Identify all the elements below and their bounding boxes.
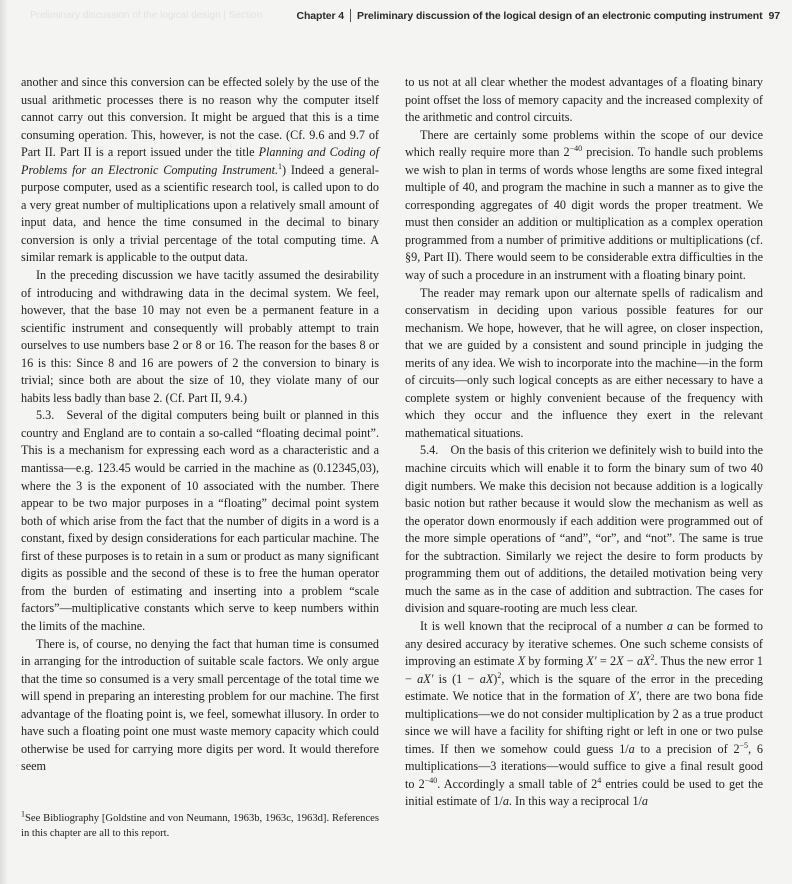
paragraph: There is, of course, no denying the fact…: [21, 636, 379, 776]
paragraph: There are certainly some problems within…: [405, 127, 763, 285]
page-number: 97: [769, 10, 780, 22]
text-run: to a precision of 2: [635, 742, 740, 756]
math-var: a: [642, 794, 648, 808]
text-run: by forming: [525, 654, 586, 668]
section-5-3-paragraph: 5.3. Several of the digital computers be…: [21, 407, 379, 635]
text-run: . Accordingly a small table of 2: [437, 777, 597, 791]
exponent: −5: [740, 741, 749, 750]
text-run: = 2: [597, 654, 617, 668]
text-run: It is well known that the reciprocal of …: [420, 619, 667, 633]
math-var: aX: [480, 672, 494, 686]
text-run: . In this way a reciprocal 1/: [509, 794, 642, 808]
exponent: −40: [425, 776, 438, 785]
section-5-4-paragraph: 5.4. On the basis of this criterion we d…: [405, 442, 763, 617]
text-run: −: [624, 654, 637, 668]
text-run: precision. To handle such problems we wi…: [405, 145, 763, 282]
reciprocal-paragraph: It is well known that the reciprocal of …: [405, 618, 763, 811]
text-run: is (1 −: [433, 672, 479, 686]
paragraph: The reader may remark upon our alternate…: [405, 285, 763, 443]
math-var: X′: [629, 689, 639, 703]
left-column: another and since this conversion can be…: [21, 74, 379, 776]
paragraph: to us not at all clear whether the modes…: [405, 74, 763, 127]
math-var: X: [616, 654, 623, 668]
page-edge-shadow: [0, 0, 8, 884]
bleed-through-header: Preliminary discussion of the logical de…: [30, 10, 262, 21]
math-var: aX′: [417, 672, 433, 686]
exponent: −40: [570, 144, 583, 153]
chapter-label: Chapter 4: [297, 10, 345, 22]
right-column: to us not at all clear whether the modes…: [405, 74, 763, 811]
math-var: X′: [586, 654, 596, 668]
text-run: ) Indeed a general-purpose computer, use…: [21, 163, 379, 265]
math-var: aX: [637, 654, 651, 668]
paragraph: In the preceding discussion we have taci…: [21, 267, 379, 407]
footnote: 1See Bibliography [Goldstine and von Neu…: [21, 811, 379, 841]
running-header: Chapter 4 Preliminary discussion of the …: [297, 9, 780, 22]
footnote-text: See Bibliography [Goldstine and von Neum…: [21, 813, 379, 839]
chapter-title: Preliminary discussion of the logical de…: [357, 10, 762, 22]
header-divider: [350, 9, 351, 22]
paragraph: another and since this conversion can be…: [21, 74, 379, 267]
